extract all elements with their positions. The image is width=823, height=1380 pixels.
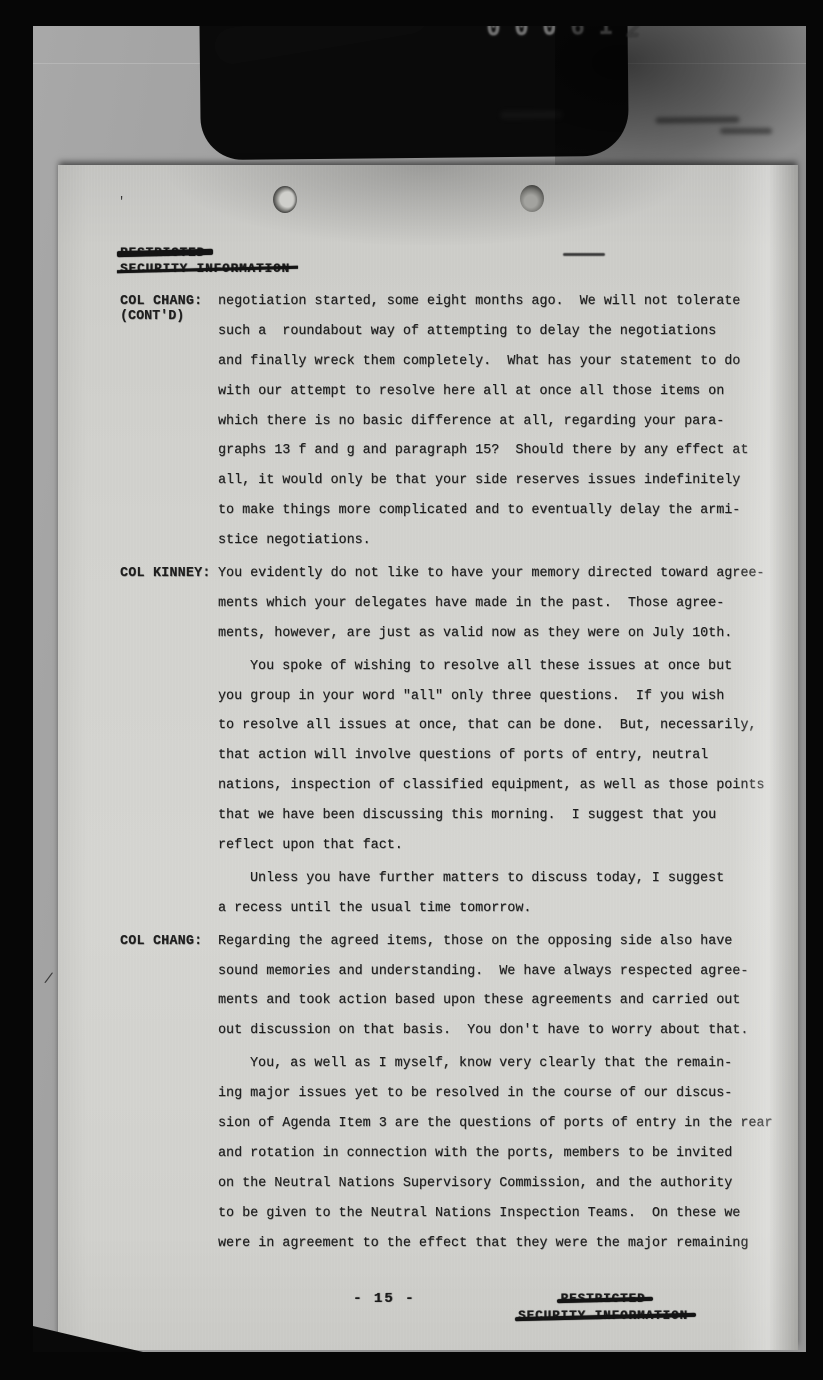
transcript-line: nations, inspection of classified equipm…: [218, 771, 793, 801]
stray-ink-mark: ': [118, 195, 125, 209]
transcript-line: ments, however, are just as valid now as…: [218, 619, 793, 649]
transcript-line: a recess until the usual time tomorrow.: [218, 894, 793, 924]
transcript-text: to resolve all issues at once, that can …: [218, 711, 756, 741]
transcript-body: COL CHANG:(CONT'D)negotiation started, s…: [218, 287, 793, 1259]
transcript-text: Unless you have further matters to discu…: [250, 864, 724, 894]
transcript-line: You spoke of wishing to resolve all thes…: [218, 652, 793, 682]
transcript-text: ments which your delegates have made in …: [218, 589, 724, 619]
transcript-line: and finally wreck them completely. What …: [218, 347, 793, 377]
device-shadow: [555, 10, 815, 185]
film-edge-bottom: [0, 1352, 823, 1380]
transcript-text: which there is no basic difference at al…: [218, 407, 724, 437]
transcript-text: You, as well as I myself, know very clea…: [250, 1049, 732, 1079]
transcript-text: that action will involve questions of po…: [218, 741, 708, 771]
transcript-line: Unless you have further matters to discu…: [218, 864, 793, 894]
transcript-text: such a roundabout way of attempting to d…: [218, 317, 716, 347]
transcript-text: ments and took action based upon these a…: [218, 986, 740, 1016]
transcript-text: sion of Agenda Item 3 are the questions …: [218, 1109, 772, 1139]
transcript-text: ments, however, are just as valid now as…: [218, 619, 732, 649]
transcript-line: ments which your delegates have made in …: [218, 589, 793, 619]
transcript-text: reflect upon that fact.: [218, 831, 403, 861]
transcript-line: all, it would only be that your side res…: [218, 466, 793, 496]
transcript-text: You evidently do not like to have your m…: [218, 559, 764, 589]
transcript-text: with our attempt to resolve here all at …: [218, 377, 724, 407]
transcript-line: COL CHANG:Regarding the agreed items, th…: [218, 927, 793, 957]
speaker-contd-label: (CONT'D): [120, 302, 184, 332]
page-number: - 15 -: [353, 1291, 415, 1307]
transcript-line: sion of Agenda Item 3 are the questions …: [218, 1109, 793, 1139]
transcript-line: were in agreement to the effect that the…: [218, 1229, 793, 1259]
transcript-line: ing major issues yet to be resolved in t…: [218, 1079, 793, 1109]
device-reflection-mark: [500, 110, 562, 119]
transcript-text: You spoke of wishing to resolve all thes…: [250, 652, 732, 682]
stamp-security-information-text: SECURITY INFORMATION: [518, 1308, 688, 1325]
device-cast-shadow: [168, 165, 688, 245]
transcript-line: such a roundabout way of attempting to d…: [218, 317, 793, 347]
transcript-text: you group in your word "all" only three …: [218, 682, 724, 712]
transcript-text: a recess until the usual time tomorrow.: [218, 894, 531, 924]
film-edge-right: [806, 0, 823, 1380]
device-reflection-mark: [720, 128, 772, 134]
stamp-security-information-text: SECURITY INFORMATION: [120, 261, 290, 277]
punch-hole: [520, 185, 544, 212]
transcript-line: with our attempt to resolve here all at …: [218, 377, 793, 407]
transcript-line: which there is no basic difference at al…: [218, 407, 793, 437]
transcript-text: to be given to the Neutral Nations Inspe…: [218, 1199, 740, 1229]
punch-hole: [273, 186, 297, 213]
transcript-line: COL KINNEY:You evidently do not like to …: [218, 559, 793, 589]
transcript-text: Regarding the agreed items, those on the…: [218, 927, 732, 957]
transcript-text: and rotation in connection with the port…: [218, 1139, 732, 1169]
transcript-text: were in agreement to the effect that the…: [218, 1229, 748, 1259]
classification-stamp-header: RESTRICTED SECURITY INFORMATION: [120, 245, 290, 277]
transcript-line: ments and took action based upon these a…: [218, 986, 793, 1016]
transcript-line: to be given to the Neutral Nations Inspe…: [218, 1199, 793, 1229]
transcript-text: on the Neutral Nations Supervisory Commi…: [218, 1169, 732, 1199]
transcript-line: that we have been discussing this mornin…: [218, 801, 793, 831]
transcript-text: stice negotiations.: [218, 526, 371, 556]
transcript-text: all, it would only be that your side res…: [218, 466, 740, 496]
transcript-line: on the Neutral Nations Supervisory Commi…: [218, 1169, 793, 1199]
classification-stamp-footer: RESTRICTED SECURITY INFORMATION: [478, 1291, 728, 1325]
stamp-restricted-text: RESTRICTED: [560, 1291, 645, 1308]
document-page: ' RESTRICTED SECURITY INFORMATION COL CH…: [58, 165, 798, 1350]
ink-smear-mark: [563, 253, 605, 256]
transcript-text: graphs 13 f and g and paragraph 15? Shou…: [218, 436, 748, 466]
transcript-line: you group in your word "all" only three …: [218, 682, 793, 712]
transcript-line: that action will involve questions of po…: [218, 741, 793, 771]
transcript-text: negotiation started, some eight months a…: [218, 287, 740, 317]
transcript-line: and rotation in connection with the port…: [218, 1139, 793, 1169]
transcript-line: to make things more complicated and to e…: [218, 496, 793, 526]
transcript-line: out discussion on that basis. You don't …: [218, 1016, 793, 1046]
transcript-line: to resolve all issues at once, that can …: [218, 711, 793, 741]
transcript-text: to make things more complicated and to e…: [218, 496, 740, 526]
transcript-line: reflect upon that fact.: [218, 831, 793, 861]
microfilm-scan-frame: 000612 ' RESTRICTED SECURITY INFORMATION…: [0, 0, 823, 1380]
speaker-label: COL KINNEY:: [120, 559, 211, 589]
transcript-line: graphs 13 f and g and paragraph 15? Shou…: [218, 436, 793, 466]
transcript-line: You, as well as I myself, know very clea…: [218, 1049, 793, 1079]
transcript-text: and finally wreck them completely. What …: [218, 347, 740, 377]
film-edge-left: [0, 0, 33, 1380]
transcript-line: sound memories and understanding. We hav…: [218, 957, 793, 987]
transcript-text: that we have been discussing this mornin…: [218, 801, 716, 831]
transcript-text: nations, inspection of classified equipm…: [218, 771, 764, 801]
transcript-text: out discussion on that basis. You don't …: [218, 1016, 748, 1046]
film-edge-top: [0, 0, 823, 26]
speaker-label: COL CHANG:: [120, 927, 202, 957]
transcript-text: sound memories and understanding. We hav…: [218, 957, 748, 987]
transcript-text: ing major issues yet to be resolved in t…: [218, 1079, 732, 1109]
transcript-line: COL CHANG:(CONT'D)negotiation started, s…: [218, 287, 793, 317]
transcript-line: stice negotiations.: [218, 526, 793, 556]
stamp-restricted-text: RESTRICTED: [120, 245, 205, 261]
